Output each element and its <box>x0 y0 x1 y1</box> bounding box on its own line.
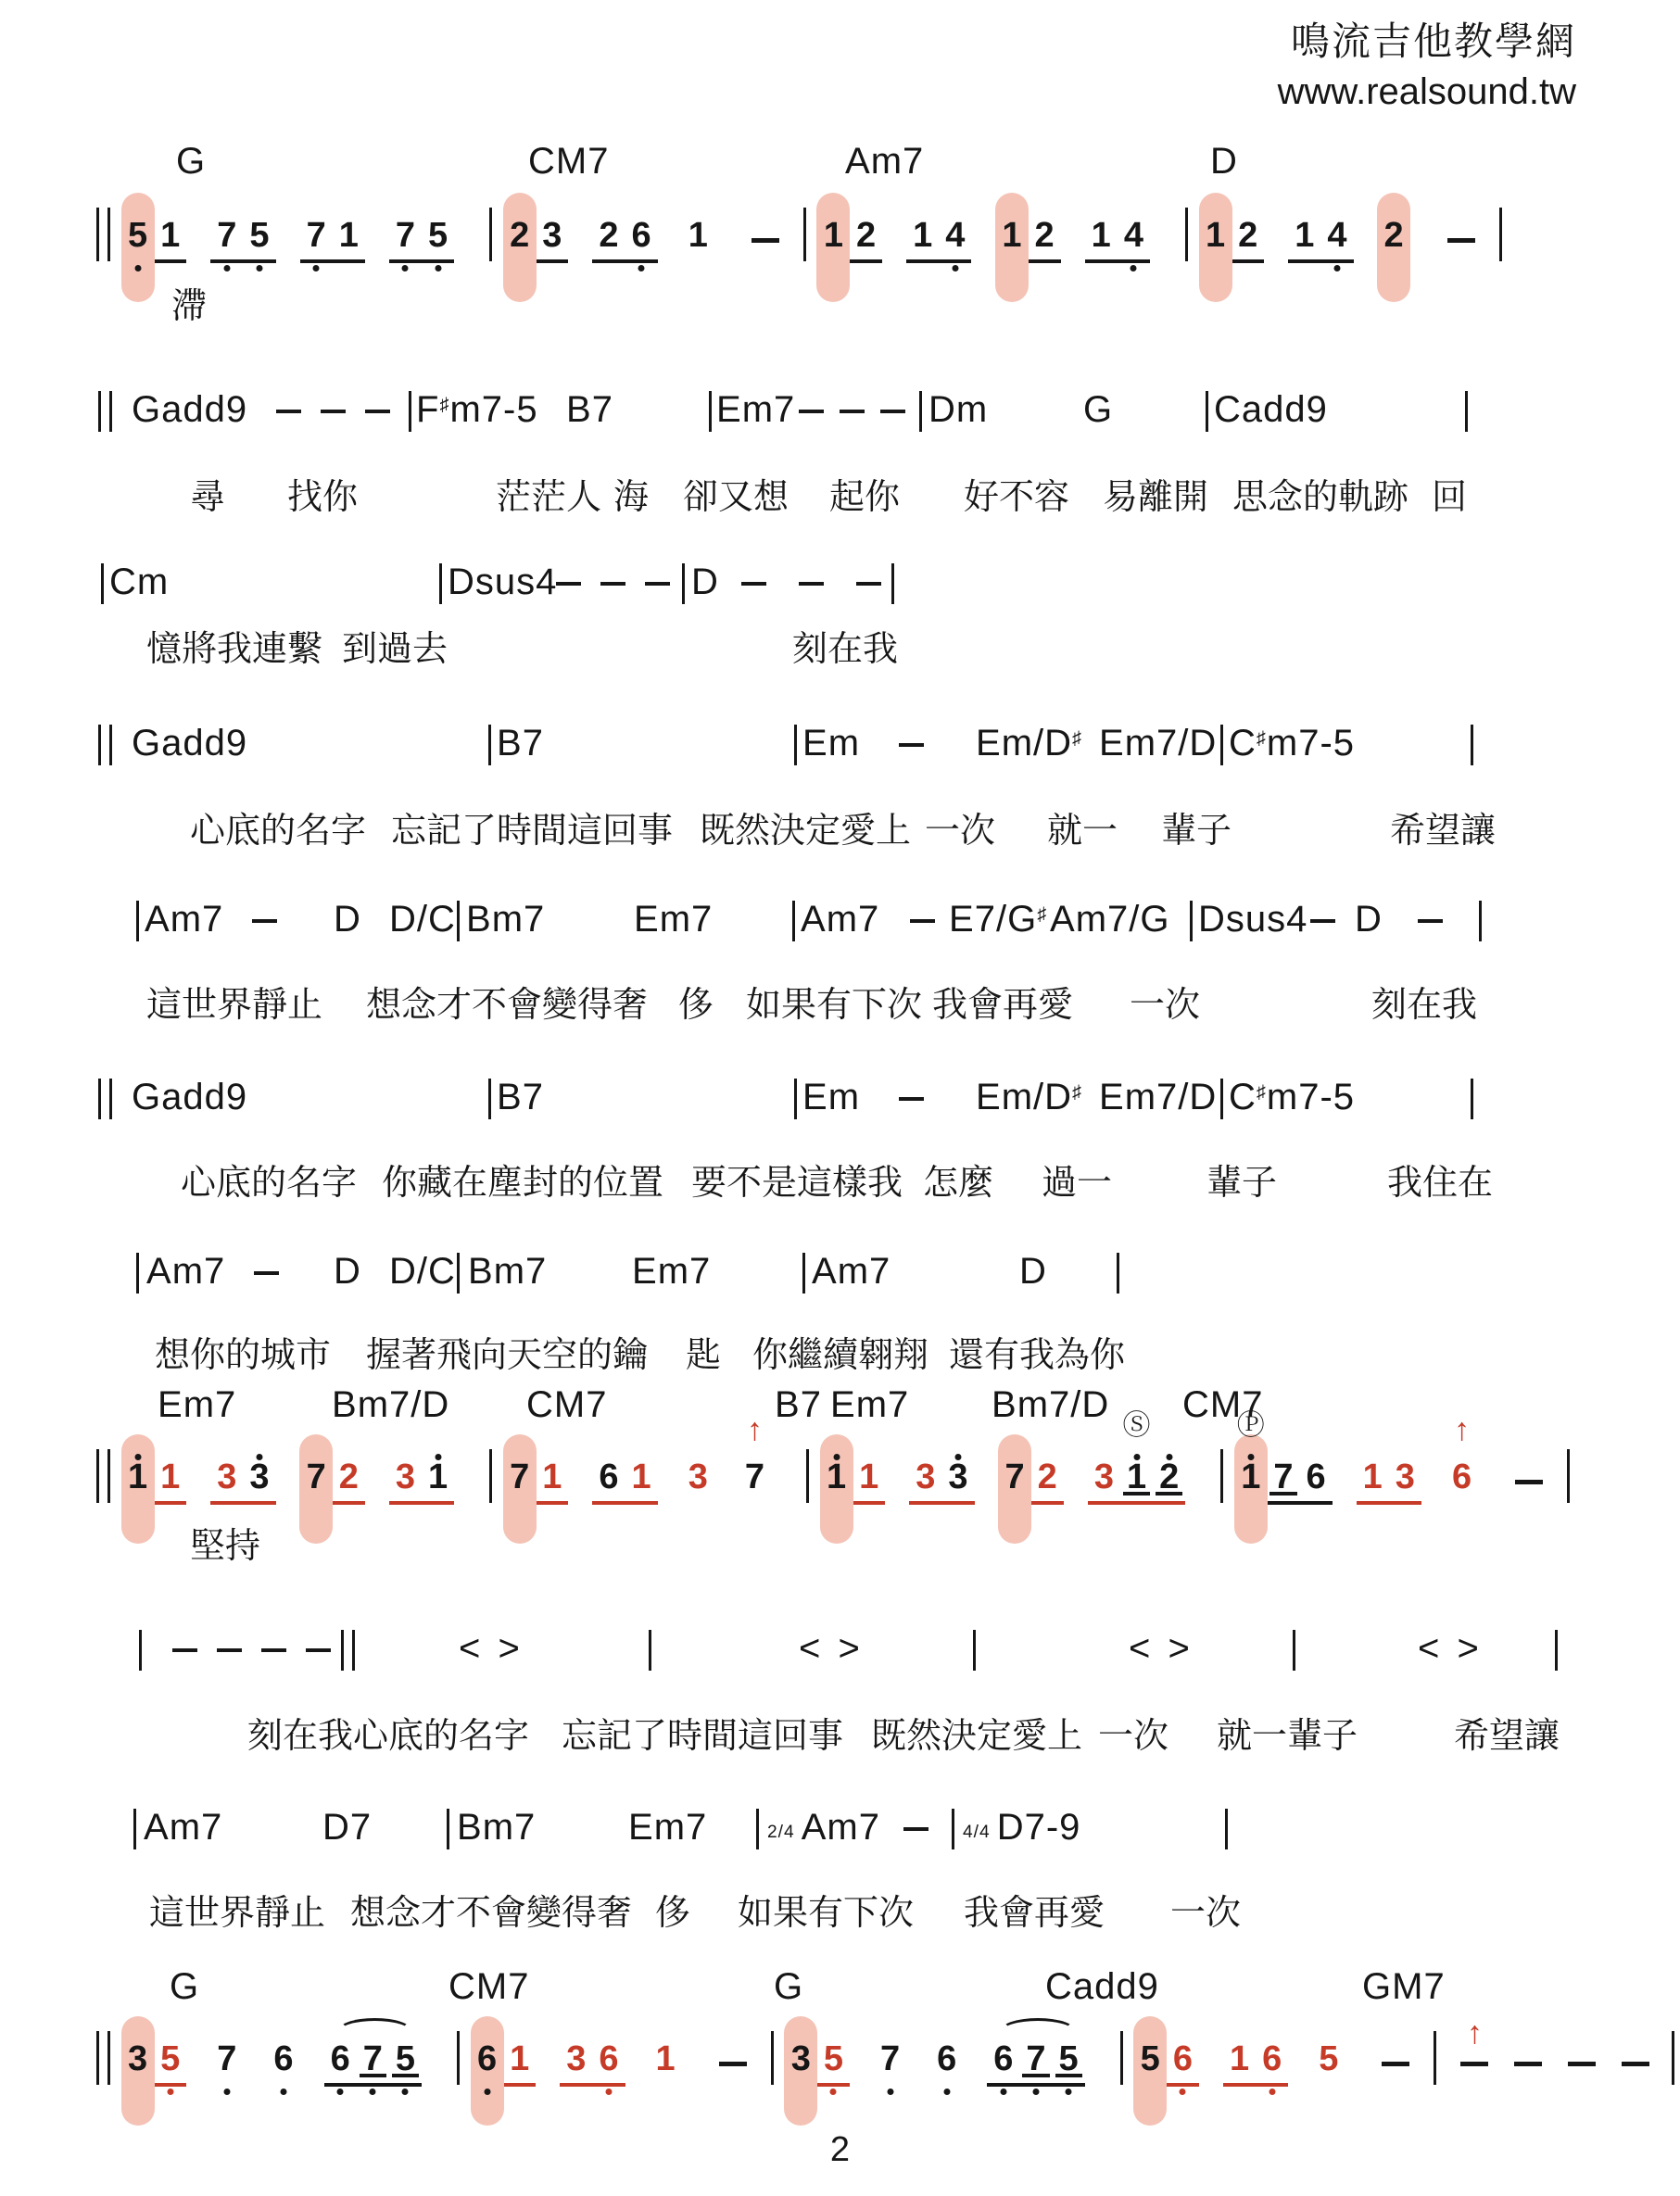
lyric: 侈 <box>678 982 714 1029</box>
octave-dot-low <box>134 265 141 271</box>
lyric: 希望讓 <box>1454 1713 1560 1760</box>
octave-dot-low <box>280 2089 286 2095</box>
lyric: 刻在我心底的名字 <box>247 1713 529 1760</box>
note-group: 3 <box>682 1458 714 1505</box>
octave-dot-low <box>887 2089 893 2095</box>
note: 6 <box>1256 2040 1288 2077</box>
chord-label: Bm7/D <box>332 1382 449 1427</box>
octave-dot-low <box>167 2089 173 2095</box>
chord-label: Gadd9 <box>132 387 247 432</box>
octave-dot-low <box>605 2089 612 2095</box>
barline <box>136 1253 139 1294</box>
octave-dot-low <box>435 265 441 271</box>
chord-label: CM7 <box>526 1382 607 1427</box>
chord-row: Em7Bm7/DCM7B7Em7Bm7/DCM7 <box>0 1382 1680 1432</box>
note: 6 <box>471 2040 503 2077</box>
chord-row: GCM7Am7D <box>0 139 1680 189</box>
barline <box>973 1630 976 1671</box>
lyric: 如果有下次 <box>738 1890 914 1937</box>
held-note-dash <box>1568 2062 1596 2066</box>
barline <box>919 391 922 432</box>
highlight-pill <box>121 2016 155 2126</box>
lyric: 易離開 <box>1103 474 1208 521</box>
double-barline <box>98 725 112 765</box>
time-signature: 2/4 <box>767 1823 795 1842</box>
chord-label: Em <box>802 721 860 765</box>
final-barline <box>1672 2031 1680 2085</box>
site-url: www.realsound.tw <box>1278 68 1576 116</box>
up-arrow-icon: ↑ <box>1454 1414 1470 1445</box>
chord-label: Bm7 <box>466 897 545 941</box>
chord-label: D <box>1210 139 1238 183</box>
chord-label: D7 <box>322 1805 372 1849</box>
chord-label: E7/G♯ <box>949 897 1047 948</box>
final-bar-thin <box>1672 2031 1674 2085</box>
note: 6 <box>625 217 658 254</box>
barline <box>101 563 104 604</box>
note-group: 26 <box>592 217 657 263</box>
barline <box>792 901 795 941</box>
chord-label: D/C <box>389 897 456 941</box>
lyric: 起你 <box>829 474 900 521</box>
note: 7 <box>1019 2040 1052 2077</box>
barline <box>1555 1630 1558 1671</box>
page-number: 2 <box>0 2130 1680 2170</box>
octave-dot-low <box>1180 2089 1186 2095</box>
lyric: 忘記了時間這回事 <box>391 808 673 854</box>
barline <box>1567 1449 1570 1503</box>
note: 3 <box>909 1458 941 1496</box>
lyric-row: 滯 <box>0 284 1680 334</box>
barline <box>1225 1809 1228 1849</box>
note: 3 <box>389 1458 422 1496</box>
note-group: 675 <box>324 2040 422 2087</box>
barline <box>891 563 894 604</box>
note-group: 11 <box>121 1458 186 1505</box>
barline <box>1471 725 1473 765</box>
octave-dot-low <box>402 2089 409 2095</box>
barline <box>1471 1079 1473 1119</box>
note: 1 <box>1357 1458 1389 1496</box>
note: 1 <box>154 217 186 254</box>
chord-row: Am7D7Bm7Em72/4Am74/4D7-9 <box>0 1805 1680 1855</box>
held-note-dash <box>600 582 625 586</box>
note-group: 1 <box>682 217 714 263</box>
note-group: 35 <box>785 2040 850 2087</box>
barline <box>1220 725 1223 765</box>
note: 1 <box>536 1458 568 1496</box>
note: 1 <box>650 2040 682 2077</box>
barline <box>1499 208 1502 261</box>
note-group: 33 <box>909 1458 974 1505</box>
lyric: 這世界靜止 <box>146 982 322 1029</box>
held-note-dash <box>1515 1480 1543 1484</box>
note-group: 1Ⓟ76 <box>1234 1458 1332 1505</box>
octave-dot-low <box>484 2089 490 2095</box>
note-group: 7 <box>210 2040 243 2087</box>
note: 7 <box>210 217 243 254</box>
chord-row: Gadd9B7EmEm/D♯Em7/DC♯m7-5 <box>0 1075 1680 1125</box>
accent-symbol: < > <box>459 1626 524 1671</box>
note: 1 <box>906 217 939 254</box>
barline <box>952 1809 954 1849</box>
note: 7 <box>999 1458 1031 1496</box>
note-group: 14 <box>906 217 971 263</box>
held-note-dash <box>1514 2062 1542 2066</box>
lyric: 希望讓 <box>1390 808 1496 854</box>
octave-dot-low <box>952 265 958 271</box>
accent-symbol: < > <box>799 1626 864 1671</box>
barline <box>802 1253 805 1294</box>
chord-row: Am7DD/CBm7Em7Am7E7/G♯Am7/GDsus4D <box>0 897 1680 947</box>
note-group: 56 <box>1134 2040 1199 2087</box>
chord-label: Gadd9 <box>132 721 247 765</box>
sharp-icon: ♯ <box>1257 728 1267 749</box>
chord-label: Em/D♯ <box>976 1075 1082 1126</box>
held-note-dash <box>899 743 924 747</box>
barline <box>488 725 491 765</box>
octave-dot-low <box>943 2089 950 2095</box>
held-note-dash <box>217 1648 242 1652</box>
lyric: 過一 <box>1042 1160 1112 1206</box>
chord-label: D <box>334 897 361 941</box>
note: 5 <box>154 2040 186 2077</box>
highlight-pill <box>1133 2016 1167 2126</box>
chord-label: B7 <box>497 1075 544 1119</box>
lyric: 尋 <box>190 474 225 521</box>
note: 7 <box>389 217 422 254</box>
barline <box>649 1630 651 1671</box>
barline <box>794 1079 797 1119</box>
octave-dot-low <box>223 265 230 271</box>
note-group: 7 <box>874 2040 906 2087</box>
note: 7 <box>300 1458 333 1496</box>
note: 1Ⓢ <box>1120 1458 1153 1496</box>
chord-label: Am7/G <box>1050 897 1170 941</box>
lyric: 堅持 <box>190 1523 260 1570</box>
lyric-row: 刻在我心底的名字忘記了時間這回事既然決定愛上一次就一輩子希望讓 <box>0 1713 1680 1763</box>
note-group: 35 <box>121 2040 186 2087</box>
chord-row: Gadd9B7EmEm/D♯Em7/DC♯m7-5 <box>0 721 1680 771</box>
circled-p-mark: Ⓟ <box>1237 1412 1265 1440</box>
lyric: 一次 <box>1170 1890 1241 1937</box>
lyric: 輩子 <box>1161 808 1232 854</box>
lyric: 握著飛向天空的鑰 <box>366 1332 648 1379</box>
note-group: 6 <box>930 2040 963 2087</box>
note-group: 23 <box>503 217 568 263</box>
lyric: 匙 <box>686 1332 721 1379</box>
note: 3 <box>243 1458 275 1496</box>
octave-dot-low <box>1131 265 1137 271</box>
chord-label: Em7/D <box>1099 1075 1217 1119</box>
note-group: 72 <box>999 1458 1064 1505</box>
held-note-dash <box>910 919 935 923</box>
note: 1 <box>1223 2040 1256 2077</box>
barline <box>488 1079 491 1119</box>
barline <box>806 1449 809 1503</box>
note-group: 5 <box>1312 2040 1345 2087</box>
highlight-pill <box>784 2016 817 2126</box>
note: 7 <box>503 1458 536 1496</box>
octave-dot-low <box>402 265 409 271</box>
octave-dot-low <box>256 265 262 271</box>
lyric: 如果有下次 <box>746 982 922 1029</box>
held-note-dash <box>1310 919 1335 923</box>
sharp-icon: ♯ <box>1072 1082 1082 1103</box>
chord-label: Cadd9 <box>1045 1964 1159 2009</box>
octave-dot-low <box>1066 2089 1072 2095</box>
lyric: 侈 <box>655 1890 690 1937</box>
note: 7↑ <box>739 1458 771 1496</box>
note: 1 <box>995 217 1028 254</box>
held-note-dash <box>172 1648 197 1652</box>
chord-label: Am7 <box>812 1249 891 1294</box>
held-note-dash <box>719 2062 747 2066</box>
note: 2 <box>1031 1458 1064 1496</box>
chord-label: GM7 <box>1362 1964 1446 2009</box>
note-group: 6↑ <box>1446 1458 1478 1505</box>
lyric: 我會再愛 <box>964 1890 1105 1937</box>
barline <box>1120 2031 1123 2085</box>
held-note-dash <box>365 410 390 413</box>
lyric: 輩子 <box>1206 1160 1277 1206</box>
note: 6 <box>987 2040 1019 2077</box>
note-group: 72 <box>300 1458 365 1505</box>
octave-dot-low <box>370 2089 376 2095</box>
lyric: 想念才不會變得奢 <box>350 1890 632 1937</box>
chord-row: Gadd9F♯m7-5B7Em7DmGCadd9 <box>0 387 1680 437</box>
barline <box>409 391 411 432</box>
lyric: 忘記了時間這回事 <box>562 1713 843 1760</box>
chord-label: B7 <box>566 387 613 432</box>
chord-label: D <box>1019 1249 1047 1294</box>
note: 2 <box>1232 217 1264 254</box>
note-group: 2 <box>1378 217 1410 263</box>
chord-label: D <box>691 560 719 604</box>
lyric: 回 <box>1432 474 1467 521</box>
note: 4 <box>1118 217 1150 254</box>
octave-dot-low <box>223 2089 230 2095</box>
chord-label: G <box>774 1964 803 2009</box>
sharp-icon: ♯ <box>1257 1082 1267 1103</box>
chord-label: Bm7 <box>457 1805 536 1849</box>
chord-label: Gadd9 <box>132 1075 247 1119</box>
note-group: 31 <box>389 1458 454 1505</box>
up-arrow-icon: ↑ <box>1467 2017 1483 2049</box>
held-note-dash <box>799 582 824 586</box>
note: 3 <box>560 2040 592 2077</box>
note: 5 <box>121 217 154 254</box>
chord-label: Am7 <box>801 897 879 941</box>
barline <box>139 1630 142 1671</box>
note: 2 <box>592 217 625 254</box>
note: 6 <box>592 1458 625 1496</box>
note-group: 51 <box>121 217 186 263</box>
chord-label: Em/D♯ <box>976 721 1082 772</box>
chord-label: 2/4Am7 <box>767 1805 880 1857</box>
note-group: 16 <box>1223 2040 1288 2087</box>
lyric: 心底的名字 <box>190 808 366 854</box>
lyric: 怎麼 <box>923 1160 993 1206</box>
double-barline <box>96 208 110 261</box>
chord-label: Am7 <box>145 897 223 941</box>
sheet-music-page: 鳴流吉他教學網 www.realsound.tw GCM7Am7D5175717… <box>0 0 1680 2196</box>
site-header: 鳴流吉他教學網 www.realsound.tw <box>1278 17 1576 116</box>
held-note-dash <box>899 1097 924 1101</box>
lyric: 就一輩子 <box>1217 1713 1358 1760</box>
octave-dot-low <box>1032 2089 1039 2095</box>
octave-dot-low <box>638 265 645 271</box>
note: 2 <box>333 1458 365 1496</box>
lyric: 這世界靜止 <box>149 1890 325 1937</box>
chord-label: G <box>1083 387 1113 432</box>
note-group: 14 <box>1085 217 1150 263</box>
note: 6↑ <box>1446 1458 1478 1496</box>
note: 3 <box>941 1458 974 1496</box>
note: 4 <box>1320 217 1353 254</box>
note-group: 75 <box>389 217 454 263</box>
note: 5 <box>389 2040 422 2077</box>
note: 1 <box>820 1458 853 1496</box>
note: 6 <box>930 2040 963 2077</box>
held-note-dash <box>276 410 301 413</box>
note: 3 <box>785 2040 817 2077</box>
octave-dot-high <box>954 1454 961 1460</box>
barline <box>457 901 460 941</box>
lyric-row: 堅持 <box>0 1523 1680 1573</box>
double-barline <box>98 1079 112 1119</box>
note: 6 <box>1167 2040 1199 2077</box>
chord-label: 4/4D7-9 <box>963 1805 1080 1857</box>
note: 3 <box>210 1458 243 1496</box>
lyric: 到過去 <box>342 626 448 673</box>
accent-symbol: < > <box>1418 1626 1483 1671</box>
lyric: 海 <box>613 474 649 521</box>
highlight-pill <box>471 2016 504 2126</box>
barline <box>1117 1253 1119 1294</box>
barline <box>457 2031 460 2085</box>
double-barline <box>96 1449 110 1503</box>
barline <box>489 208 492 261</box>
chord-label: D <box>334 1249 361 1294</box>
lyric: 滯 <box>171 284 207 330</box>
note-group: 7↑ <box>739 1458 771 1505</box>
note: 3 <box>536 217 568 254</box>
lyric: 想你的城市 <box>155 1332 331 1379</box>
note-group: 14 <box>1288 217 1353 263</box>
lyric: 茫茫人 <box>496 474 601 521</box>
barline <box>1479 901 1482 941</box>
note: 3 <box>121 2040 154 2077</box>
lyric: 我住在 <box>1387 1160 1493 1206</box>
octave-dot-low <box>337 2089 344 2095</box>
sharp-icon: ♯ <box>1072 728 1082 749</box>
octave-dot-low <box>830 2089 837 2095</box>
lyric: 我會再愛 <box>932 982 1073 1029</box>
octave-dot-high <box>1166 1454 1172 1460</box>
octave-dot-high <box>256 1454 262 1460</box>
lyric: 找你 <box>287 474 358 521</box>
note: 6 <box>592 2040 625 2077</box>
barline <box>447 1809 449 1849</box>
held-note-dash: ↑ <box>1460 2062 1488 2066</box>
lyric-row: 心底的名字你藏在塵封的位置要不是這樣我怎麼過一輩子我住在 <box>0 1160 1680 1210</box>
chord-label: Em <box>802 1075 860 1119</box>
chord-label: C♯m7-5 <box>1229 1075 1355 1126</box>
lyric-row: 心底的名字忘記了時間這回事既然決定愛上一次就一輩子希望讓 <box>0 808 1680 858</box>
note: 5 <box>1134 2040 1167 2077</box>
octave-dot-low <box>313 265 320 271</box>
held-note-dash <box>321 410 346 413</box>
note: 1 <box>1199 217 1232 254</box>
lyric: 想念才不會變得奢 <box>366 982 648 1029</box>
lyric-row: 想你的城市握著飛向天空的鑰匙你繼續翱翔還有我為你 <box>0 1332 1680 1382</box>
note: 2 <box>850 217 882 254</box>
chord-label: Em7 <box>830 1382 909 1427</box>
chord-row: CmDsus4D <box>0 560 1680 610</box>
note: 1 <box>333 217 365 254</box>
held-note-dash <box>752 238 779 243</box>
note: 2 <box>1153 1458 1185 1496</box>
note: 2 <box>1378 217 1410 254</box>
note: 1 <box>817 217 850 254</box>
site-name: 鳴流吉他教學網 <box>1278 17 1576 68</box>
note: 3 <box>682 1458 714 1496</box>
lyric: 還有我為你 <box>949 1332 1125 1379</box>
note-group: 12 <box>1199 217 1264 263</box>
chord-label: Dm <box>928 387 988 432</box>
note: 7 <box>874 2040 906 2077</box>
lyric: 一次 <box>1130 982 1200 1029</box>
note-group: 1 <box>650 2040 682 2087</box>
circled-s-mark: Ⓢ <box>1123 1412 1151 1440</box>
lyric: 刻在我 <box>1371 982 1477 1029</box>
note: 3 <box>1088 1458 1120 1496</box>
notation-row: 11337231716137↑11337231Ⓢ21Ⓟ76136↑ <box>96 1449 1581 1505</box>
note-group: 675 <box>987 2040 1084 2087</box>
note: 1 <box>503 2040 536 2077</box>
sharp-icon: ♯ <box>439 395 449 415</box>
chord-row: < >< >< >< > <box>0 1626 1680 1676</box>
barline <box>1220 1449 1223 1503</box>
lyric: 就一 <box>1047 808 1118 854</box>
note: 1 <box>422 1458 454 1496</box>
octave-dot-high <box>1133 1454 1140 1460</box>
note-group: 75 <box>210 217 275 263</box>
note-group: 13 <box>1357 1458 1421 1505</box>
note: 1 <box>154 1458 186 1496</box>
note: 1 <box>682 217 714 254</box>
barline <box>709 391 712 432</box>
barline <box>489 1449 492 1503</box>
chord-label: Cm <box>109 560 169 604</box>
lyric: 一次 <box>1098 1713 1168 1760</box>
barline <box>1220 1079 1223 1119</box>
note: 3 <box>1389 1458 1421 1496</box>
barline <box>1293 1630 1295 1671</box>
note: 1 <box>1085 217 1118 254</box>
note-group: 71 <box>300 217 365 263</box>
barline <box>756 1809 759 1849</box>
held-note-dash <box>254 1271 279 1275</box>
note-group: 61 <box>471 2040 536 2087</box>
chord-label: Bm7 <box>468 1249 547 1294</box>
note: 2 <box>1029 217 1061 254</box>
note: 1 <box>625 1458 658 1496</box>
chord-label: CM7 <box>528 139 609 183</box>
octave-dot-high <box>134 1454 141 1460</box>
held-note-dash <box>556 582 581 586</box>
